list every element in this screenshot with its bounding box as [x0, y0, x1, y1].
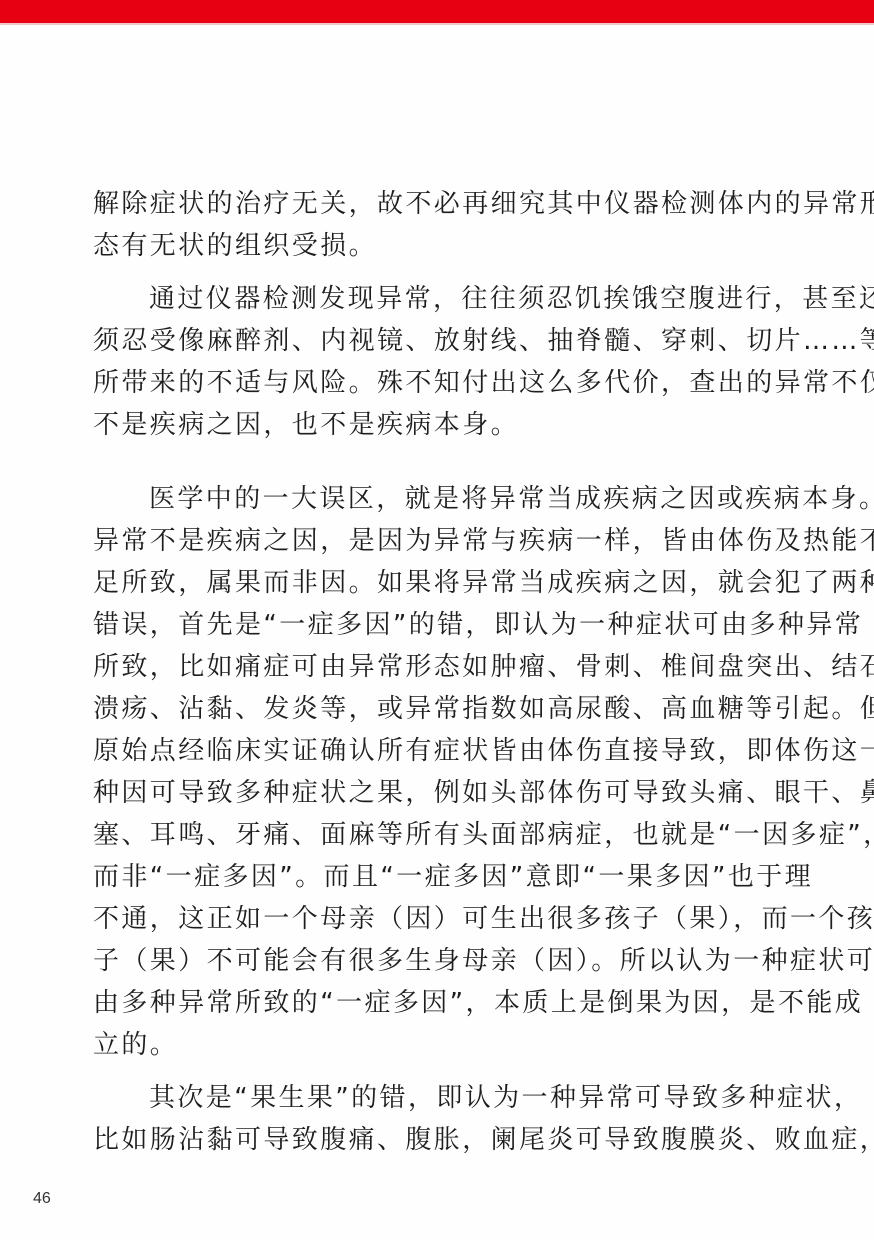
- text-line: 足所致，属果而非因。如果将异常当成疾病之因，就会犯了两种: [93, 562, 874, 604]
- text-line: 而非“一症多因”。而且“一症多因”意即“一果多因”也于理: [93, 856, 813, 898]
- text-line: 不是疾病之因，也不是疾病本身。: [93, 404, 519, 446]
- text-line: 须忍受像麻醉剂、内视镜、放射线、抽脊髓、穿刺、切片……等: [93, 320, 874, 362]
- text-line: 塞、耳鸣、牙痛、面麻等所有头面部病症，也就是“一因多症”，: [93, 814, 874, 856]
- text-line: 子（果）不可能会有很多生身母亲（因）。所以认为一种症状可: [93, 940, 874, 982]
- page-number: 46: [33, 1190, 51, 1208]
- top-red-banner: [0, 0, 874, 23]
- text-line: 异常不是疾病之因，是因为异常与疾病一样，皆由体伤及热能不: [93, 520, 874, 562]
- text-line: 错误，首先是“一症多因”的错，即认为一种症状可由多种异常: [93, 604, 863, 646]
- text-line: 原始点经临床实证确认所有症状皆由体伤直接导致，即体伤这一: [93, 730, 874, 772]
- text-line: 立的。: [93, 1024, 178, 1066]
- text-line: 医学中的一大误区，就是将异常当成疾病之因或疾病本身。: [149, 478, 874, 520]
- text-line: 态有无状的组织受损。: [93, 225, 377, 267]
- text-line: 种因可导致多种症状之果，例如头部体伤可导致头痛、眼干、鼻: [93, 772, 874, 814]
- text-line: 不通，这正如一个母亲（因）可生出很多孩子（果），而一个孩: [93, 898, 874, 940]
- text-line: 所致，比如痛症可由异常形态如肿瘤、骨刺、椎间盘突出、结石、: [93, 646, 874, 688]
- banner-edge: [0, 23, 874, 25]
- text-line: 通过仪器检测发现异常，往往须忍饥挨饿空腹进行，甚至还: [149, 278, 874, 320]
- text-line: 其次是“果生果”的错，即认为一种异常可导致多种症状，: [149, 1077, 862, 1119]
- text-line: 溃疡、沾黏、发炎等，或异常指数如高尿酸、高血糖等引起。但: [93, 688, 874, 730]
- text-line: 比如肠沾黏可导致腹痛、腹胀，阑尾炎可导致腹膜炎、败血症，: [93, 1119, 874, 1161]
- text-line: 由多种异常所致的“一症多因”，本质上是倒果为因，是不能成: [93, 982, 863, 1024]
- text-line: 所带来的不适与风险。殊不知付出这么多代价，查出的异常不仅: [93, 362, 874, 404]
- text-line: 解除症状的治疗无关，故不必再细究其中仪器检测体内的异常形: [93, 183, 874, 225]
